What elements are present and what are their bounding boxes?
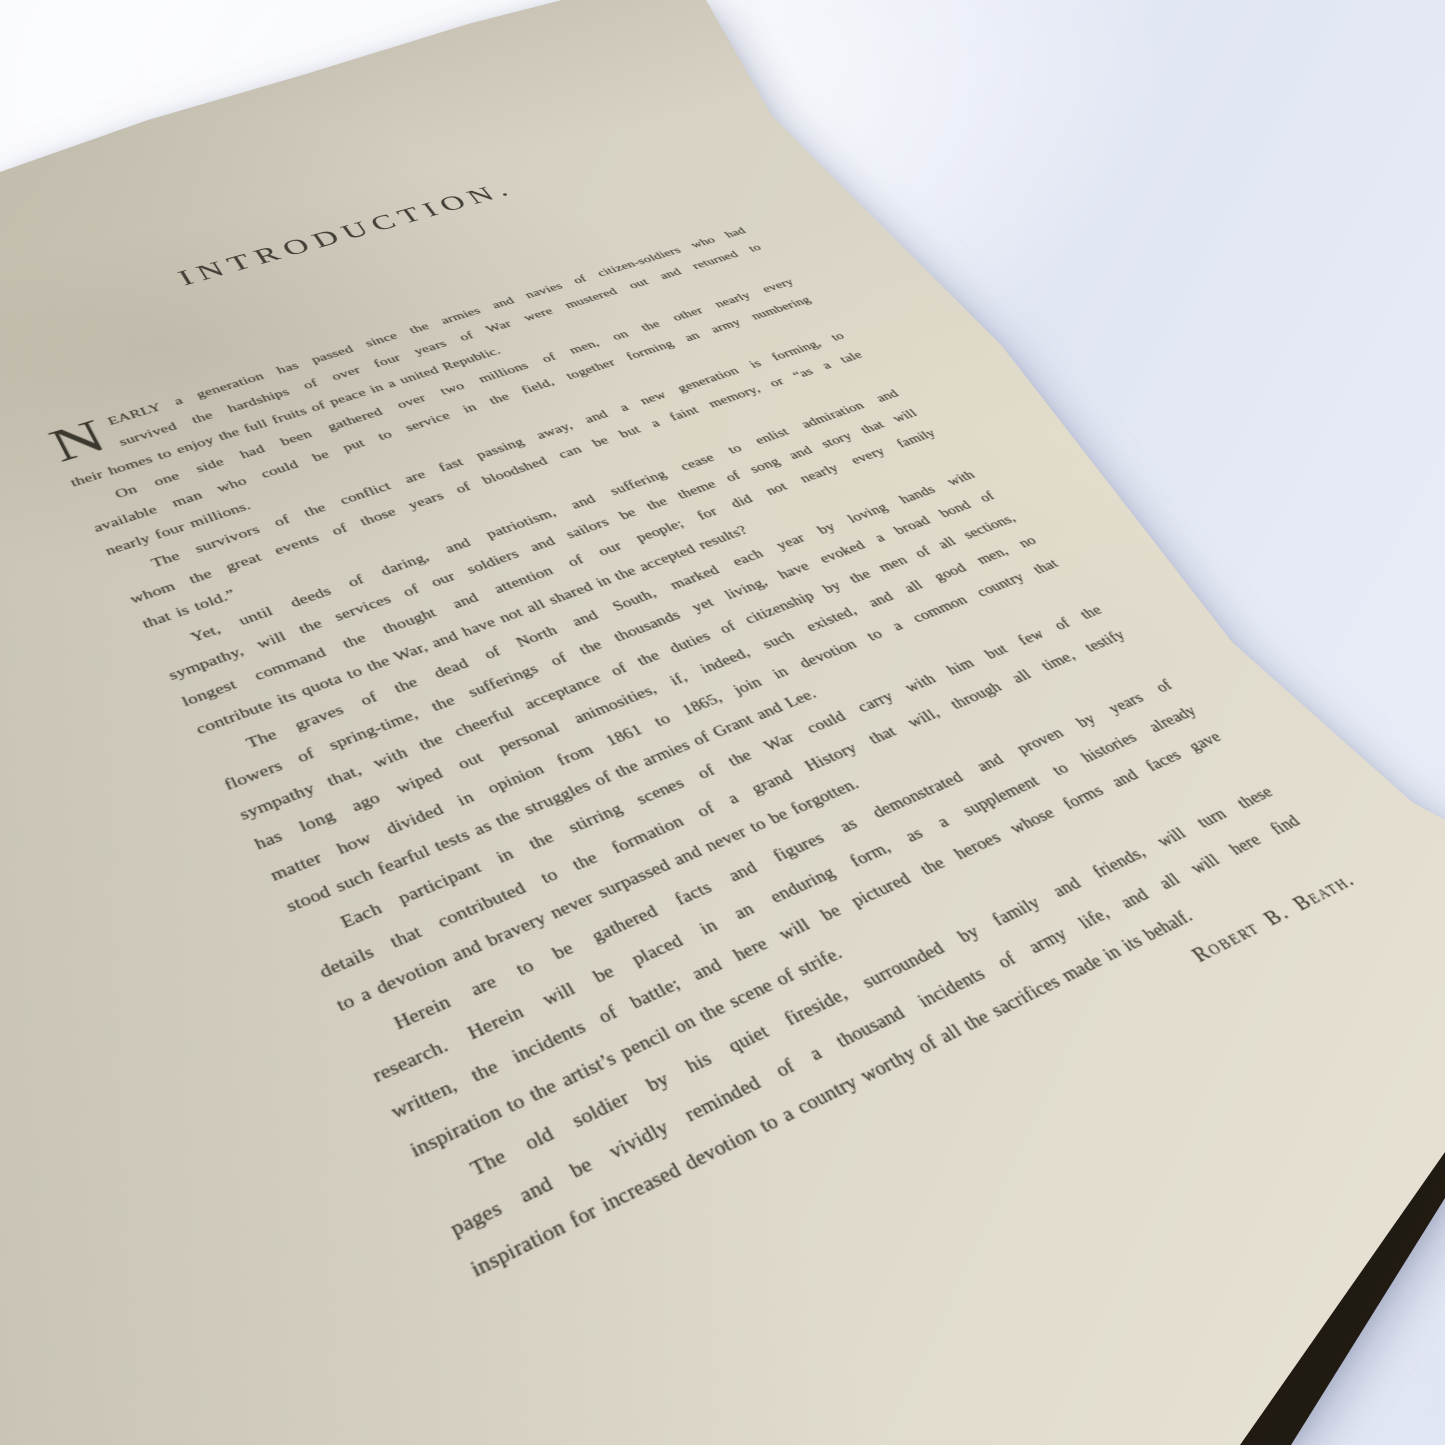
page-text-area: INTRODUCTION. NEARLY a generation has pa…: [44, 222, 1367, 1336]
book: INTRODUCTION. NEARLY a generation has pa…: [0, 0, 1445, 1445]
book-page: INTRODUCTION. NEARLY a generation has pa…: [0, 0, 1445, 1445]
introduction-text: NEARLY a generation has passed since the…: [44, 222, 1367, 1336]
